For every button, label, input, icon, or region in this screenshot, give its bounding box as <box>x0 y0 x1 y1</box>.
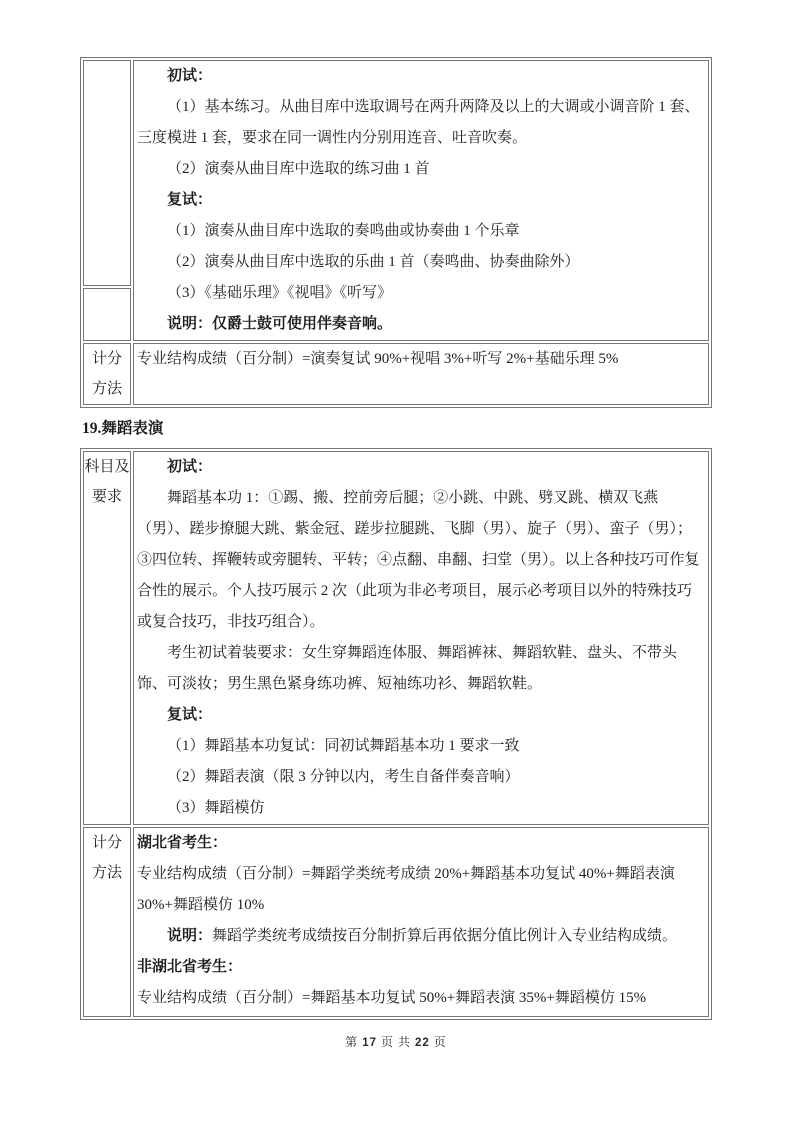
hubei-scoring-formula: 专业结构成绩（百分制）=舞蹈学类统考成绩 20%+舞蹈基本功复试 40%+舞蹈表… <box>137 859 705 921</box>
requirement-item: 舞蹈基本功 1：①踢、搬、控前旁后腿；②小跳、中跳、劈叉跳、横双飞燕（男）、蹉步… <box>137 483 705 638</box>
scoring-formula: 专业结构成绩（百分制）=演奏复试 90%+视唱 3%+听写 2%+基础乐理 5% <box>137 344 705 375</box>
footer-prefix: 第 <box>345 1035 358 1049</box>
subject-requirements-cell: 初试： （1）基本练习。从曲目库中选取调号在两升两降及以上的大调或小调音阶 1 … <box>133 60 709 341</box>
note-text: 舞蹈学类统考成绩按百分制折算后再依据分值比例计入专业结构成绩。 <box>212 928 677 944</box>
table-row: 科目及 要求 初试： 舞蹈基本功 1：①踢、搬、控前旁后腿；②小跳、中跳、劈叉跳… <box>83 451 709 825</box>
scoring-formula-cell: 湖北省考生： 专业结构成绩（百分制）=舞蹈学类统考成绩 20%+舞蹈基本功复试 … <box>133 827 709 1017</box>
scoring-note: 说明：舞蹈学类统考成绩按百分制折算后再依据分值比例计入专业结构成绩。 <box>137 921 705 952</box>
table-row: 初试： （1）基本练习。从曲目库中选取调号在两升两降及以上的大调或小调音阶 1 … <box>83 60 709 286</box>
page-number: 17 <box>362 1037 377 1049</box>
requirement-item: （1）舞蹈基本功复试：同初试舞蹈基本功 1 要求一致 <box>137 731 705 762</box>
note-label: 说明： <box>167 928 212 944</box>
table-row: 计分 方法 湖北省考生： 专业结构成绩（百分制）=舞蹈学类统考成绩 20%+舞蹈… <box>83 827 709 1017</box>
scoring-header-line: 计分 <box>92 351 122 367</box>
scoring-method-header: 计分 方法 <box>83 827 131 1017</box>
footer-suffix: 页 <box>434 1035 447 1049</box>
requirement-item: （2）演奏从曲目库中选取的练习曲 1 首 <box>137 154 705 185</box>
scoring-method-header: 计分 方法 <box>83 343 131 405</box>
exam-table-dance: 科目及 要求 初试： 舞蹈基本功 1：①踢、搬、控前旁后腿；②小跳、中跳、劈叉跳… <box>80 448 712 1020</box>
section-heading: 19.舞蹈表演 <box>82 419 712 439</box>
initial-exam-label: 初试： <box>137 452 705 483</box>
empty-header-cell <box>83 60 131 286</box>
subject-header-line: 要求 <box>92 489 122 505</box>
requirement-item: （2）舞蹈表演（限 3 分钟以内，考生自备伴奏音响） <box>137 762 705 793</box>
subject-requirements-header: 科目及 要求 <box>83 451 131 825</box>
requirement-item: （3）《基础乐理》《视唱》《听写》 <box>137 278 705 309</box>
scoring-header-line: 方法 <box>92 381 122 397</box>
hubei-candidates-label: 湖北省考生： <box>137 828 705 859</box>
table-row: 计分 方法 专业结构成绩（百分制）=演奏复试 90%+视唱 3%+听写 2%+基… <box>83 343 709 405</box>
subject-requirements-cell: 初试： 舞蹈基本功 1：①踢、搬、控前旁后腿；②小跳、中跳、劈叉跳、横双飞燕（男… <box>133 451 709 825</box>
footer-middle: 页 共 <box>381 1035 411 1049</box>
second-exam-label: 复试： <box>137 700 705 731</box>
empty-header-cell <box>83 288 131 341</box>
note-line: 说明：仅爵士鼓可使用伴奏音响。 <box>137 309 705 340</box>
page-footer: 第 17 页 共 22 页 <box>80 1033 712 1050</box>
total-pages: 22 <box>415 1037 430 1049</box>
requirement-item: （1）基本练习。从曲目库中选取调号在两升两降及以上的大调或小调音阶 1 套、三度… <box>137 92 705 154</box>
requirement-item: （1）演奏从曲目库中选取的奏鸣曲或协奏曲 1 个乐章 <box>137 216 705 247</box>
non-hubei-candidates-label: 非湖北省考生： <box>137 952 705 983</box>
subject-header-line: 科目及 <box>84 459 129 475</box>
exam-table-instrumental: 初试： （1）基本练习。从曲目库中选取调号在两升两降及以上的大调或小调音阶 1 … <box>80 57 712 408</box>
non-hubei-scoring-formula: 专业结构成绩（百分制）=舞蹈基本功复试 50%+舞蹈表演 35%+舞蹈模仿 15… <box>137 983 705 1014</box>
initial-exam-label: 初试： <box>137 61 705 92</box>
scoring-header-line: 方法 <box>92 865 122 881</box>
scoring-header-line: 计分 <box>92 835 122 851</box>
requirement-item: （3）舞蹈模仿 <box>137 793 705 824</box>
requirement-item: （2）演奏从曲目库中选取的乐曲 1 首（奏鸣曲、协奏曲除外） <box>137 247 705 278</box>
scoring-formula-cell: 专业结构成绩（百分制）=演奏复试 90%+视唱 3%+听写 2%+基础乐理 5% <box>133 343 709 405</box>
second-exam-label: 复试： <box>137 185 705 216</box>
requirement-item: 考生初试着装要求：女生穿舞蹈连体服、舞蹈裤袜、舞蹈软鞋、盘头、不带头饰、可淡妆；… <box>137 638 705 700</box>
document-page: 初试： （1）基本练习。从曲目库中选取调号在两升两降及以上的大调或小调音阶 1 … <box>0 0 794 1050</box>
